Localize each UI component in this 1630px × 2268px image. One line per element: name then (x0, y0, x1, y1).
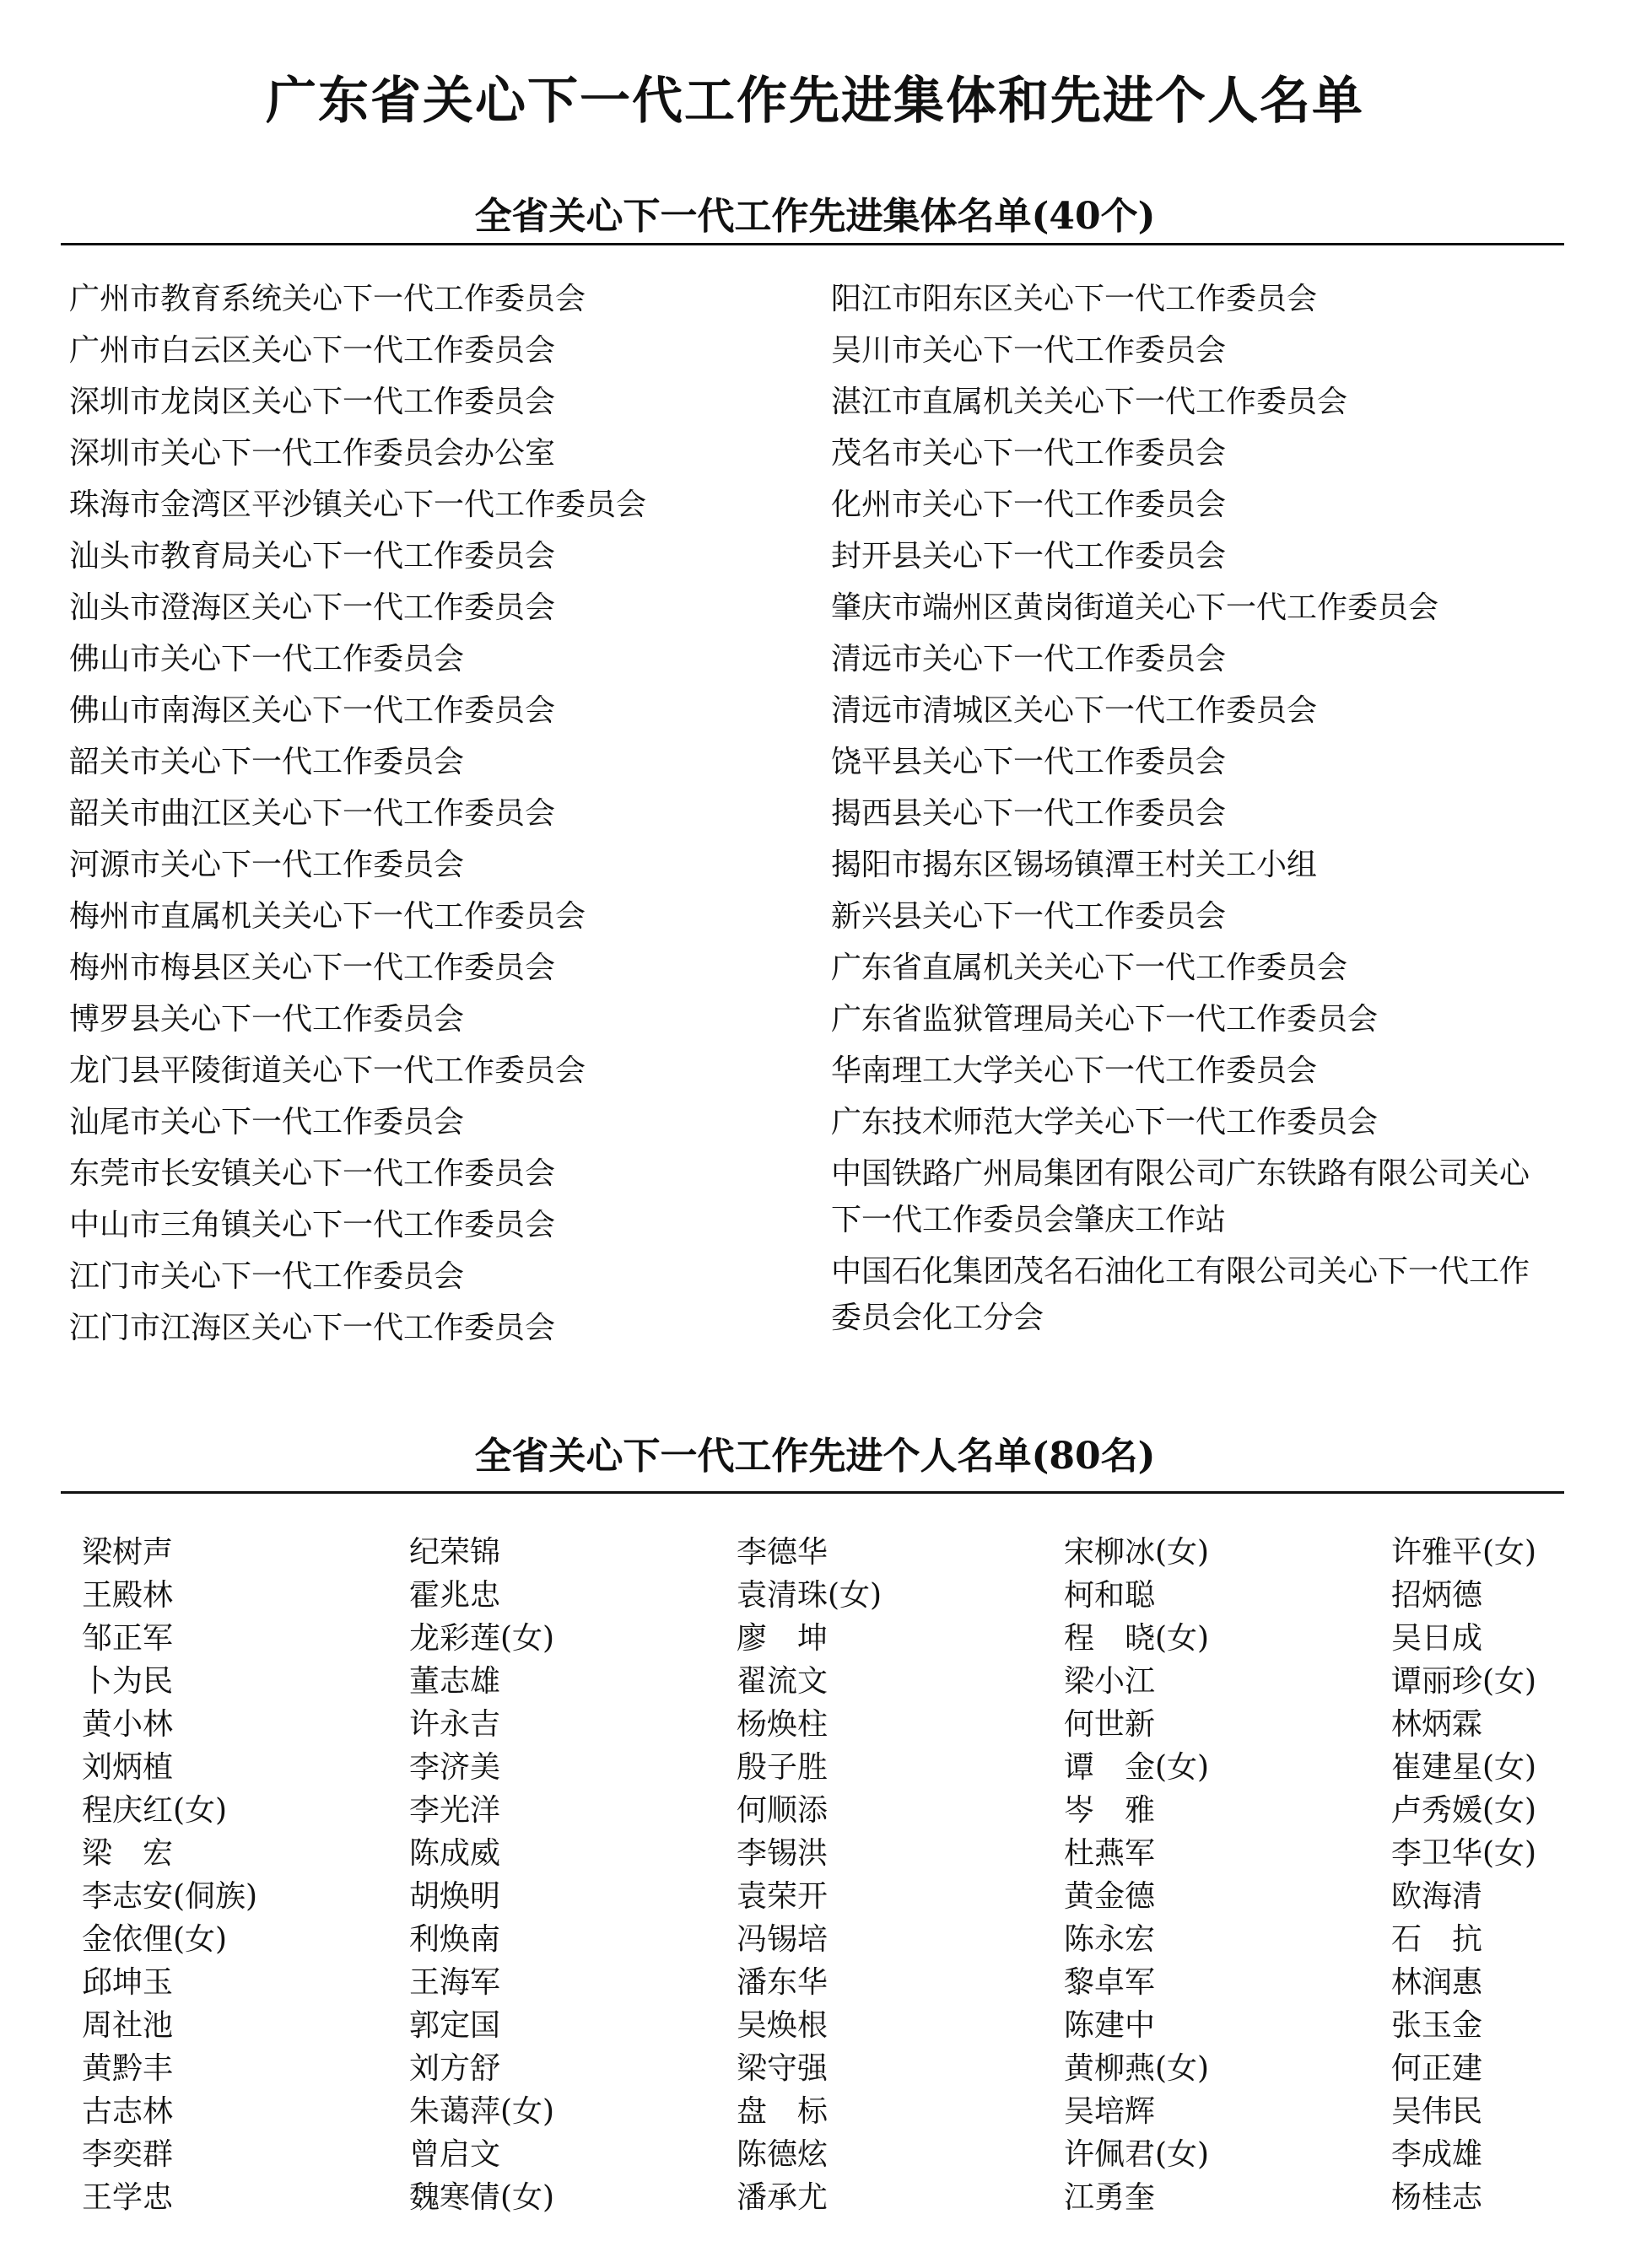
collective-item: 化州市关心下一代工作委员会 (831, 479, 1557, 531)
individual-name: 程庆红(女) (82, 1789, 409, 1832)
individuals-heading: 全省关心下一代工作先进个人名单(80名) (0, 1425, 1630, 1479)
collective-item: 阳江市阳东区关心下一代工作委员会 (831, 273, 1557, 325)
individual-name: 霍兆忠 (409, 1574, 737, 1617)
individual-name: 李成雄 (1391, 2133, 1630, 2176)
document-title: 广东省关心下一代工作先进集体和先进个人名单 (0, 61, 1630, 133)
individual-name: 何正建 (1391, 2047, 1630, 2090)
individual-name: 王海军 (409, 1961, 737, 2004)
individual-name: 谭 金(女) (1064, 1746, 1391, 1789)
collective-item: 汕尾市关心下一代工作委员会 (69, 1096, 646, 1148)
individual-name: 招炳德 (1391, 1574, 1630, 1617)
collective-item: 饶平县关心下一代工作委员会 (831, 736, 1557, 788)
collective-item: 东莞市长安镇关心下一代工作委员会 (69, 1148, 646, 1199)
individual-name: 李志安(侗族) (82, 1875, 409, 1918)
collective-item: 深圳市关心下一代工作委员会办公室 (69, 428, 646, 479)
collective-item: 梅州市直属机关关心下一代工作委员会 (69, 891, 646, 942)
collectives-right-column: 阳江市阳东区关心下一代工作委员会吴川市关心下一代工作委员会湛江市直属机关关心下一… (831, 273, 1557, 1346)
individual-name: 梁守强 (737, 2047, 1064, 2090)
individual-name: 吴焕根 (737, 2004, 1064, 2047)
individual-name: 冯锡培 (737, 1918, 1064, 1961)
individual-name: 曾启文 (409, 2133, 737, 2176)
collective-item: 深圳市龙岗区关心下一代工作委员会 (69, 376, 646, 428)
individual-name: 潘承尤 (737, 2176, 1064, 2219)
individual-name: 陈永宏 (1064, 1918, 1391, 1961)
individual-name: 程 晓(女) (1064, 1617, 1391, 1660)
individual-name: 梁树声 (82, 1531, 409, 1574)
collectives-heading: 全省关心下一代工作先进集体名单(40个) (0, 186, 1630, 240)
individual-name: 李卫华(女) (1391, 1832, 1630, 1875)
collective-item: 博罗县关心下一代工作委员会 (69, 994, 646, 1045)
individual-name: 黎卓军 (1064, 1961, 1391, 2004)
individual-name: 魏寒倩(女) (409, 2176, 737, 2219)
collective-item: 龙门县平陵街道关心下一代工作委员会 (69, 1045, 646, 1096)
individual-name: 许佩君(女) (1064, 2133, 1391, 2176)
individual-name: 卜为民 (82, 1660, 409, 1703)
individual-name: 柯和聪 (1064, 1574, 1391, 1617)
individual-name: 何世新 (1064, 1703, 1391, 1746)
individual-name: 卢秀媛(女) (1391, 1789, 1630, 1832)
collective-item: 华南理工大学关心下一代工作委员会 (831, 1045, 1557, 1096)
individual-name: 吴培辉 (1064, 2090, 1391, 2133)
individuals-grid: 梁树声纪荣锦李德华宋柳冰(女)许雅平(女)王殿林霍兆忠袁清珠(女)柯和聪招炳德邹… (82, 1531, 1600, 2219)
collective-item: 清远市清城区关心下一代工作委员会 (831, 685, 1557, 736)
individual-name: 李德华 (737, 1531, 1064, 1574)
individual-name: 董志雄 (409, 1660, 737, 1703)
individual-name: 吴日成 (1391, 1617, 1630, 1660)
collective-item: 广东技术师范大学关心下一代工作委员会 (831, 1096, 1557, 1148)
collective-item: 汕头市教育局关心下一代工作委员会 (69, 531, 646, 582)
individual-name: 袁荣开 (737, 1875, 1064, 1918)
individual-name: 盘 标 (737, 2090, 1064, 2133)
individual-name: 龙彩莲(女) (409, 1617, 737, 1660)
individual-name: 许永吉 (409, 1703, 737, 1746)
collective-item: 清远市关心下一代工作委员会 (831, 633, 1557, 685)
individual-name: 岑 雅 (1064, 1789, 1391, 1832)
collective-item: 江门市关心下一代工作委员会 (69, 1251, 646, 1302)
divider-individuals (61, 1491, 1564, 1494)
individual-name: 刘炳植 (82, 1746, 409, 1789)
individual-name: 陈成威 (409, 1832, 737, 1875)
collective-item: 江门市江海区关心下一代工作委员会 (69, 1302, 646, 1354)
individual-name: 李济美 (409, 1746, 737, 1789)
individual-name: 邱坤玉 (82, 1961, 409, 2004)
individual-name: 梁小江 (1064, 1660, 1391, 1703)
collective-item: 广州市教育系统关心下一代工作委员会 (69, 273, 646, 325)
individual-name: 黄小林 (82, 1703, 409, 1746)
collective-item: 广东省直属机关关心下一代工作委员会 (831, 942, 1557, 994)
individual-name: 崔建星(女) (1391, 1746, 1630, 1789)
individual-name: 杨桂志 (1391, 2176, 1630, 2219)
individual-name: 袁清珠(女) (737, 1574, 1064, 1617)
individual-name: 古志林 (82, 2090, 409, 2133)
individual-name: 李锡洪 (737, 1832, 1064, 1875)
collective-item: 吴川市关心下一代工作委员会 (831, 325, 1557, 376)
individual-name: 王学忠 (82, 2176, 409, 2219)
individual-name: 杨焕柱 (737, 1703, 1064, 1746)
collective-item: 广东省监狱管理局关心下一代工作委员会 (831, 994, 1557, 1045)
individual-name: 黄黔丰 (82, 2047, 409, 2090)
collective-item: 中国石化集团茂名石油化工有限公司关心下一代工作委员会化工分会 (831, 1248, 1557, 1341)
collective-item: 珠海市金湾区平沙镇关心下一代工作委员会 (69, 479, 646, 531)
individual-name: 刘方舒 (409, 2047, 737, 2090)
collective-item: 梅州市梅县区关心下一代工作委员会 (69, 942, 646, 994)
individual-name: 李奕群 (82, 2133, 409, 2176)
collectives-left-column: 广州市教育系统关心下一代工作委员会广州市白云区关心下一代工作委员会深圳市龙岗区关… (69, 273, 646, 1354)
collective-item: 广州市白云区关心下一代工作委员会 (69, 325, 646, 376)
individual-name: 利焕南 (409, 1918, 737, 1961)
individual-name: 黄金德 (1064, 1875, 1391, 1918)
collective-item: 韶关市关心下一代工作委员会 (69, 736, 646, 788)
individual-name: 林炳霖 (1391, 1703, 1630, 1746)
collective-item: 佛山市关心下一代工作委员会 (69, 633, 646, 685)
collective-item: 中国铁路广州局集团有限公司广东铁路有限公司关心下一代工作委员会肇庆工作站 (831, 1150, 1557, 1243)
collective-item: 汕头市澄海区关心下一代工作委员会 (69, 582, 646, 633)
collective-item: 中山市三角镇关心下一代工作委员会 (69, 1199, 646, 1251)
individual-name: 陈德炫 (737, 2133, 1064, 2176)
individual-name: 林润惠 (1391, 1961, 1630, 2004)
individual-name: 金依俚(女) (82, 1918, 409, 1961)
individual-name: 许雅平(女) (1391, 1531, 1630, 1574)
individual-name: 廖 坤 (737, 1617, 1064, 1660)
individual-name: 邹正军 (82, 1617, 409, 1660)
collective-item: 河源市关心下一代工作委员会 (69, 839, 646, 891)
individual-name: 周社池 (82, 2004, 409, 2047)
collective-item: 封开县关心下一代工作委员会 (831, 531, 1557, 582)
collective-item: 佛山市南海区关心下一代工作委员会 (69, 685, 646, 736)
individual-name: 陈建中 (1064, 2004, 1391, 2047)
collective-item: 湛江市直属机关关心下一代工作委员会 (831, 376, 1557, 428)
individual-name: 张玉金 (1391, 2004, 1630, 2047)
individual-name: 吴伟民 (1391, 2090, 1630, 2133)
collective-item: 肇庆市端州区黄岗街道关心下一代工作委员会 (831, 582, 1557, 633)
collective-item: 韶关市曲江区关心下一代工作委员会 (69, 788, 646, 839)
individual-name: 江勇奎 (1064, 2176, 1391, 2219)
collective-item: 新兴县关心下一代工作委员会 (831, 891, 1557, 942)
collective-item: 揭西县关心下一代工作委员会 (831, 788, 1557, 839)
individual-name: 殷子胜 (737, 1746, 1064, 1789)
individual-name: 王殿林 (82, 1574, 409, 1617)
individual-name: 黄柳燕(女) (1064, 2047, 1391, 2090)
individual-name: 胡焕明 (409, 1875, 737, 1918)
individual-name: 翟流文 (737, 1660, 1064, 1703)
individual-name: 梁 宏 (82, 1832, 409, 1875)
collective-item: 茂名市关心下一代工作委员会 (831, 428, 1557, 479)
individual-name: 谭丽珍(女) (1391, 1660, 1630, 1703)
individual-name: 郭定国 (409, 2004, 737, 2047)
individual-name: 何顺添 (737, 1789, 1064, 1832)
individual-name: 朱蔼萍(女) (409, 2090, 737, 2133)
individual-name: 石 抗 (1391, 1918, 1630, 1961)
collective-item: 揭阳市揭东区锡场镇潭王村关工小组 (831, 839, 1557, 891)
individual-name: 宋柳冰(女) (1064, 1531, 1391, 1574)
individual-name: 杜燕军 (1064, 1832, 1391, 1875)
individual-name: 李光洋 (409, 1789, 737, 1832)
individual-name: 潘东华 (737, 1961, 1064, 2004)
divider-collectives (61, 243, 1564, 245)
individual-name: 纪荣锦 (409, 1531, 737, 1574)
individual-name: 欧海清 (1391, 1875, 1630, 1918)
